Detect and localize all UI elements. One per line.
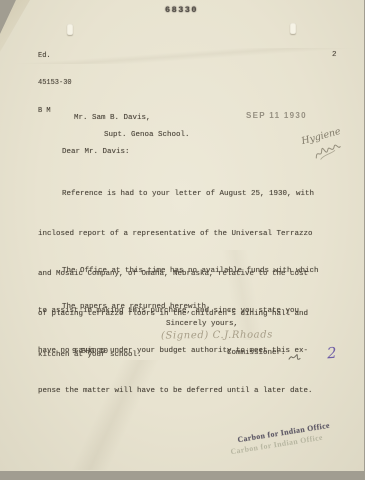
closing-line: The papers are returned herewith. xyxy=(62,301,211,314)
signer-title: Commissioner. xyxy=(227,347,286,360)
file-ref-line: B M xyxy=(38,107,72,116)
scanned-letter-page: 68330 Ed. 45153-30 B M 2 SEP 11 1930 Hyg… xyxy=(0,0,365,480)
salutation: Dear Mr. Davis: xyxy=(62,146,130,159)
page-number: 2 xyxy=(332,49,337,62)
recipient-name: Mr. Sam B. Davis, xyxy=(74,112,151,125)
signed-name-stamp: (Signed) C.J.Rhoads xyxy=(161,330,273,342)
file-number-stamp: 68330 xyxy=(165,5,198,15)
body-line: pense the matter will have to be deferre… xyxy=(38,385,328,398)
typist-code: 9 EHG 10 xyxy=(72,346,108,359)
staple-mark xyxy=(290,23,296,34)
handwritten-page-number: 2 xyxy=(326,344,337,363)
received-date-stamp: SEP 11 1930 xyxy=(246,111,307,120)
file-ref-line: Ed. xyxy=(38,52,72,61)
file-ref-line: 45153-30 xyxy=(38,79,72,88)
file-reference-block: Ed. 45153-30 B M xyxy=(38,33,72,135)
recipient-title: Supt. Genoa School. xyxy=(104,129,190,142)
paper-sheet: 68330 Ed. 45153-30 B M 2 SEP 11 1930 Hyg… xyxy=(0,0,364,471)
body-line: Reference is had to your letter of Augus… xyxy=(38,188,328,201)
body-line: The Office at this time has no available… xyxy=(38,265,328,278)
